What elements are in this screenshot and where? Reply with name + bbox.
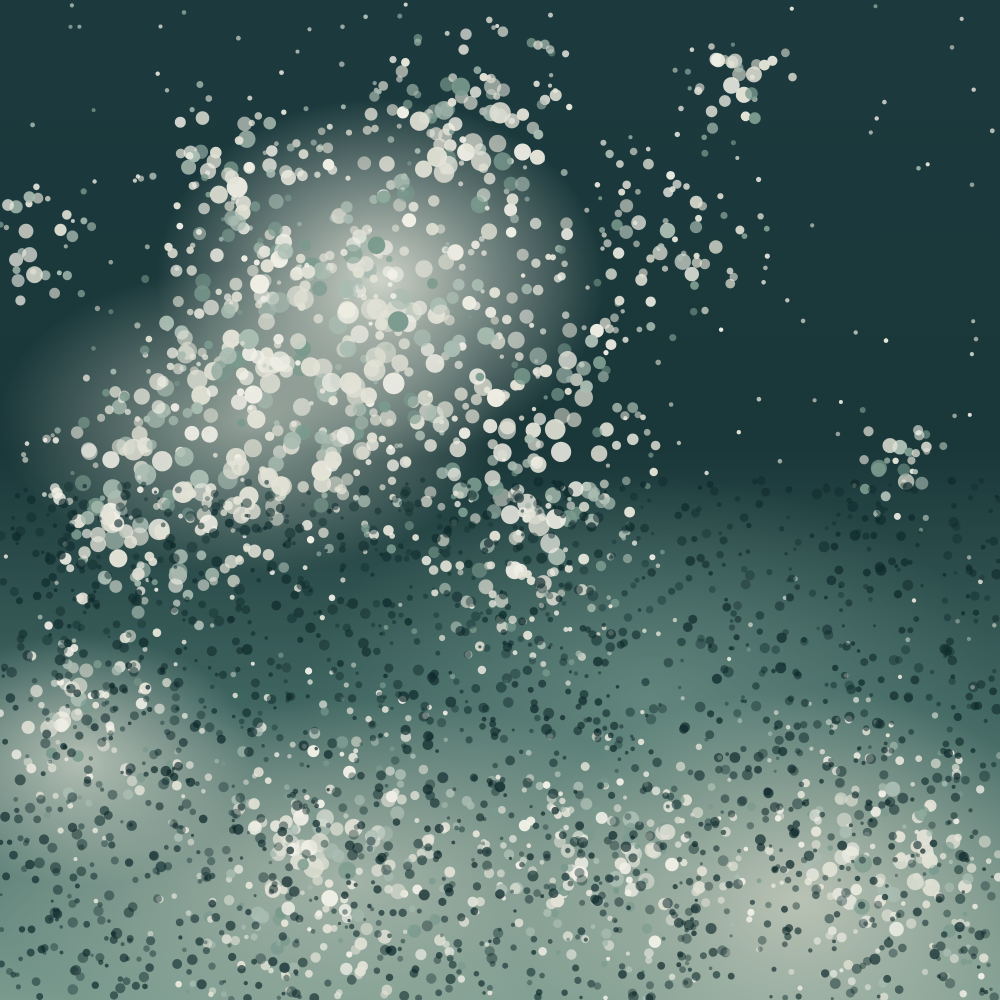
rug-texture-photo [0, 0, 1000, 1000]
texture-blobs [0, 0, 1000, 1000]
